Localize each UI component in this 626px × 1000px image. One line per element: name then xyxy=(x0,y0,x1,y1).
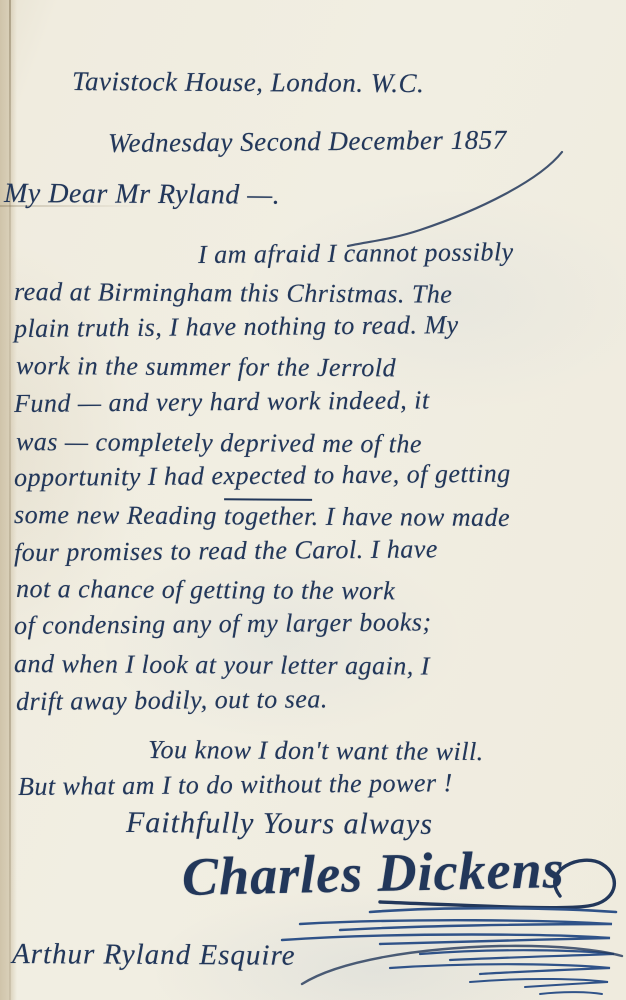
salutation: My Dear Mr Ryland —. xyxy=(4,178,280,212)
body-line: drift away bodily, out to sea. xyxy=(16,684,328,717)
body-line: and when I look at your letter again, I xyxy=(14,649,430,682)
body-line-with-overline: some new Reading together. I have now ma… xyxy=(14,500,510,533)
body-line: was — completely deprived me of the xyxy=(16,427,422,459)
body-line: Fund — and very hard work indeed, it xyxy=(14,385,430,419)
body-line: four promises to read the Carol. I have xyxy=(14,534,438,568)
address-line: Tavistock House, London. W.C. xyxy=(72,66,424,99)
body-line-segment: some new Reading xyxy=(14,500,224,530)
valediction: Faithfully Yours always xyxy=(126,806,433,842)
body-line: opportunity I had expected to have, of g… xyxy=(14,459,511,493)
body-line-segment: . I have now made xyxy=(312,502,511,532)
body-line: not a chance of getting to the work xyxy=(16,574,395,606)
body-line: read at Birmingham this Christmas. The xyxy=(14,277,453,310)
body-line: I am afraid I cannot possibly xyxy=(198,237,514,270)
signature: Charles Dickens xyxy=(181,838,565,908)
body-line: work in the summer for the Jerrold xyxy=(16,351,396,383)
body-line: But what am I to do without the power ! xyxy=(18,768,453,802)
body-line: of condensing any of my larger books; xyxy=(14,607,432,641)
paper-crease-vertical xyxy=(9,0,11,1000)
date-seven-tail-stroke xyxy=(330,150,570,250)
body-line: plain truth is, I have nothing to read. … xyxy=(14,310,459,344)
date-line: Wednesday Second December 1857 xyxy=(108,125,507,159)
addressee-tail-stroke xyxy=(300,940,626,1000)
body-line: You know I don't want the will. xyxy=(148,735,484,767)
addressee-line: Arthur Ryland Esquire xyxy=(12,938,296,973)
overlined-word: together xyxy=(224,498,312,531)
letter-page: Tavistock House, London. W.C. Wednesday … xyxy=(0,0,626,1000)
